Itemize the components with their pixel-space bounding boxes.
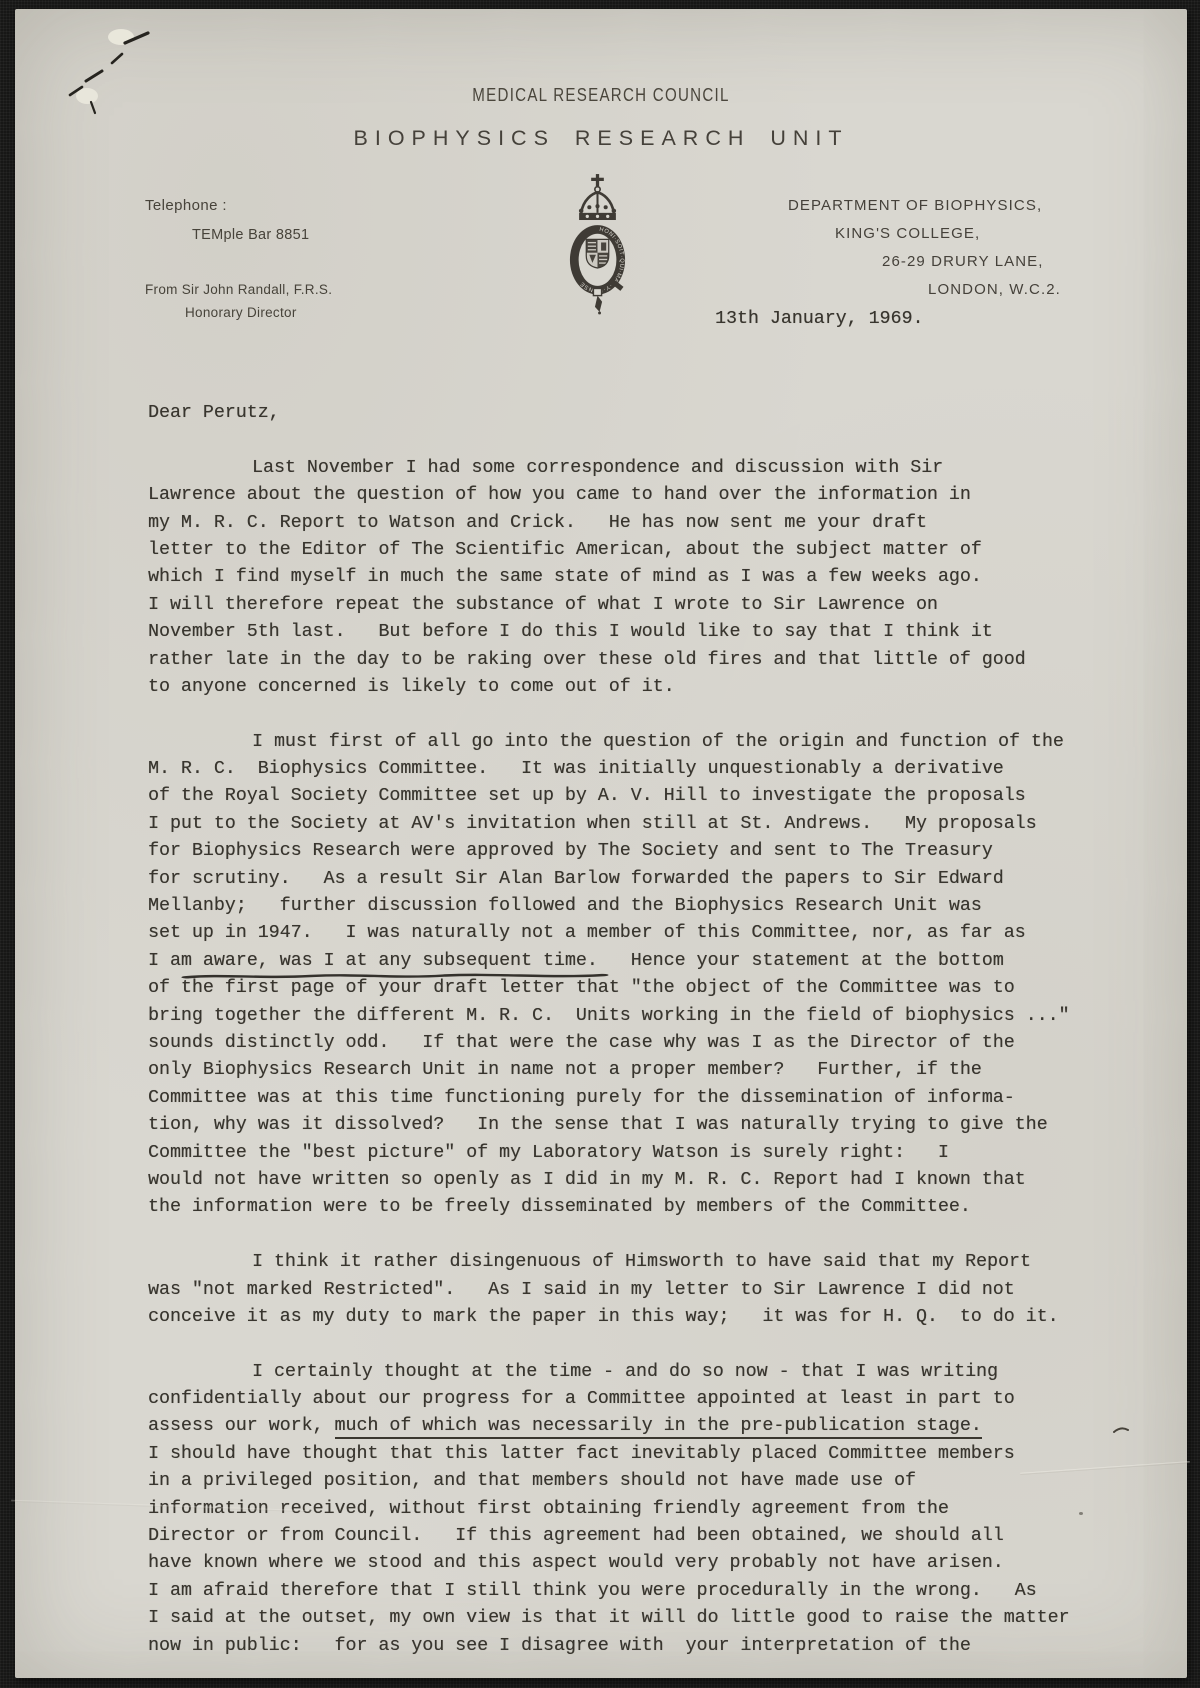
typed-line: rather late in the day to be raking over… [148,647,1138,674]
typed-line: in a privileged position, and that membe… [148,1468,1138,1495]
typed-line: was "not marked Restricted". As I said i… [148,1277,1138,1304]
typed-line: I must first of all go into the question… [148,729,1138,756]
typed-line: I should have thought that this latter f… [148,1441,1138,1468]
sender-name: From Sir John Randall, F.R.S. [145,282,332,297]
typed-line: Mellanby; further discussion followed an… [148,893,1138,920]
royal-crest-icon: HONI·SOIT·QUI·MAL·Y·PENSE [555,172,640,315]
telephone-number: TEMple Bar 8851 [192,227,309,243]
typed-line: Last November I had some correspondence … [148,455,1138,482]
typed-line: which I find myself in much the same sta… [148,564,1138,591]
typed-line: to anyone concerned is likely to come ou… [148,674,1138,701]
sender-title: Honorary Director [185,305,297,320]
typed-line: for scrutiny. As a result Sir Alan Barlo… [148,866,1138,893]
letter-scan: MEDICAL RESEARCH COUNCIL BIOPHYSICS RESE… [0,0,1200,1688]
typed-line: now in public: for as you see I disagree… [148,1633,1138,1660]
typed-text: assess our work, [148,1416,335,1436]
paragraph: I must first of all go into the question… [148,729,1138,1222]
typed-line: Director or from Council. If this agreem… [148,1523,1138,1550]
typed-line: November 5th last. But before I do this … [148,619,1138,646]
typed-line: conceive it as my duty to mark the paper… [148,1304,1138,1331]
letterhead-org-title: MEDICAL RESEARCH COUNCIL [109,85,1093,106]
typed-line: I put to the Society at AV's invitation … [148,811,1138,838]
handwritten-underlined-text: aware, was I at any subsequent time. [203,951,598,971]
typed-line: I am afraid therefore that I still think… [148,1578,1138,1605]
typed-line: I will therefore repeat the substance of… [148,592,1138,619]
paper-speck [1079,1512,1083,1515]
typed-line: my M. R. C. Report to Watson and Crick. … [148,510,1138,537]
pen-marks-icon [45,24,175,124]
address-line: DEPARTMENT OF BIOPHYSICS, [788,197,1042,214]
letterhead-unit-title: BIOPHYSICS RESEARCH UNIT [15,126,1187,151]
typed-line: I certainly thought at the time - and do… [148,1359,1138,1386]
typed-line: letter to the Editor of The Scientific A… [148,537,1138,564]
salutation: Dear Perutz, [148,400,1138,427]
typed-line: the information were to be freely dissem… [148,1194,1138,1221]
typed-line: for Biophysics Research were approved by… [148,838,1138,865]
letter-body: Dear Perutz, Last November I had some co… [148,400,1138,1660]
typed-line: M. R. C. Biophysics Committee. It was in… [148,756,1138,783]
typed-line: confidentially about our progress for a … [148,1386,1138,1413]
pen-underline-stroke [187,971,603,980]
typed-line: Committee was at this time functioning p… [148,1085,1138,1112]
typed-line: assess our work, much of which was neces… [148,1413,1138,1440]
typed-line: I said at the outset, my own view is tha… [148,1605,1138,1632]
typed-line: would not have written so openly as I di… [148,1167,1138,1194]
typed-line: bring together the different M. R. C. Un… [148,1003,1138,1030]
typed-line: have known where we stood and this aspec… [148,1550,1138,1577]
typed-text: Hence your statement at the bottom [598,951,1004,971]
address-line: KING'S COLLEGE, [835,225,980,242]
typed-line: tion, why was it dissolved? In the sense… [148,1112,1138,1139]
typed-line: I am aware, was I at any subsequent time… [148,948,1138,975]
typed-line: only Biophysics Research Unit in name no… [148,1057,1138,1084]
letter-date: 13th January, 1969. [715,309,923,329]
typed-line: Committee the "best picture" of my Labor… [148,1140,1138,1167]
address-line: LONDON, W.C.2. [928,281,1061,298]
typed-underlined-text: much of which was necessarily in the pre… [335,1416,982,1439]
telephone-label: Telephone : [145,197,227,214]
pen-mark-icon [1113,1425,1129,1435]
typed-line: I think it rather disingenuous of Himswo… [148,1249,1138,1276]
paragraph: I think it rather disingenuous of Himswo… [148,1249,1138,1331]
address-line: 26-29 DRURY LANE, [882,253,1044,270]
paragraph: Last November I had some correspondence … [148,455,1138,702]
typed-line: sounds distinctly odd. If that were the … [148,1030,1138,1057]
paper: MEDICAL RESEARCH COUNCIL BIOPHYSICS RESE… [15,9,1187,1678]
typed-line: of the Royal Society Committee set up by… [148,783,1138,810]
typed-text: I am [148,951,203,971]
typed-line: Lawrence about the question of how you c… [148,482,1138,509]
typed-line: set up in 1947. I was naturally not a me… [148,920,1138,947]
